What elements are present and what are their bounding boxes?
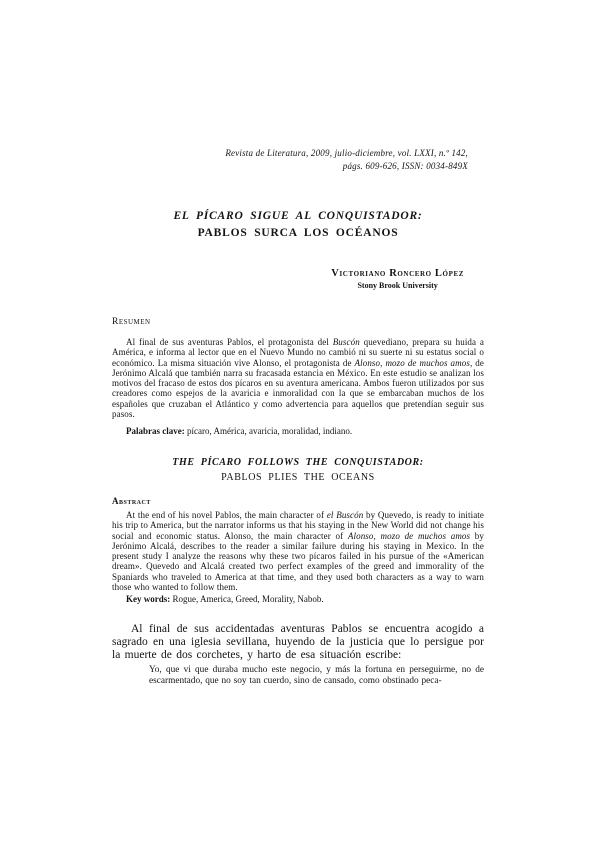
palabras-clave-label: Palabras clave: xyxy=(126,426,185,436)
article-title-spanish: EL PÍCARO SIGUE AL CONQUISTADOR: PABLOS … xyxy=(112,208,484,242)
journal-citation-line1: Revista de Literatura, 2009, julio-dicie… xyxy=(112,147,468,160)
english-title-line1: THE PÍCARO FOLLOWS THE CONQUISTADOR: xyxy=(112,455,484,470)
author-affiliation: Stony Brook University xyxy=(331,280,464,291)
article-page: Revista de Literatura, 2009, julio-dicie… xyxy=(0,0,595,842)
author-name: Victoriano Roncero López xyxy=(331,268,464,280)
article-title-english: THE PÍCARO FOLLOWS THE CONQUISTADOR: PAB… xyxy=(112,455,484,485)
journal-citation: Revista de Literatura, 2009, julio-dicie… xyxy=(112,147,484,173)
abstract-heading: Abstract xyxy=(112,496,484,506)
author-block: Victoriano Roncero López Stony Brook Uni… xyxy=(112,268,484,293)
palabras-clave-line: Palabras clave: pícaro, América, avarici… xyxy=(112,426,484,436)
body-paragraph: Al final de sus accidentadas aventuras P… xyxy=(112,623,484,663)
journal-citation-line2: págs. 609-626, ISSN: 0034-849X xyxy=(112,160,468,173)
author-inner: Victoriano Roncero López Stony Brook Uni… xyxy=(331,268,464,291)
english-title-line2: PABLOS PLIES THE OCEANS xyxy=(112,470,484,485)
keywords-values: Rogue, America, Greed, Morality, Nabob. xyxy=(170,594,323,604)
article-title-line1: EL PÍCARO SIGUE AL CONQUISTADOR: xyxy=(112,208,484,225)
keywords-line: Key words: Rogue, America, Greed, Morali… xyxy=(112,594,484,604)
resumen-text: Al final de sus aventuras Pablos, el pro… xyxy=(112,337,484,419)
keywords-label: Key words: xyxy=(126,594,170,604)
palabras-clave-values: pícaro, América, avaricia, moralidad, in… xyxy=(185,426,352,436)
article-title-line2: PABLOS SURCA LOS OCÉANOS xyxy=(112,225,484,242)
block-quote: Yo, que vi que duraba mucho este negocio… xyxy=(149,665,484,687)
abstract-text: At the end of his novel Pablos, the main… xyxy=(112,510,484,592)
resumen-heading: Resumen xyxy=(112,317,484,327)
